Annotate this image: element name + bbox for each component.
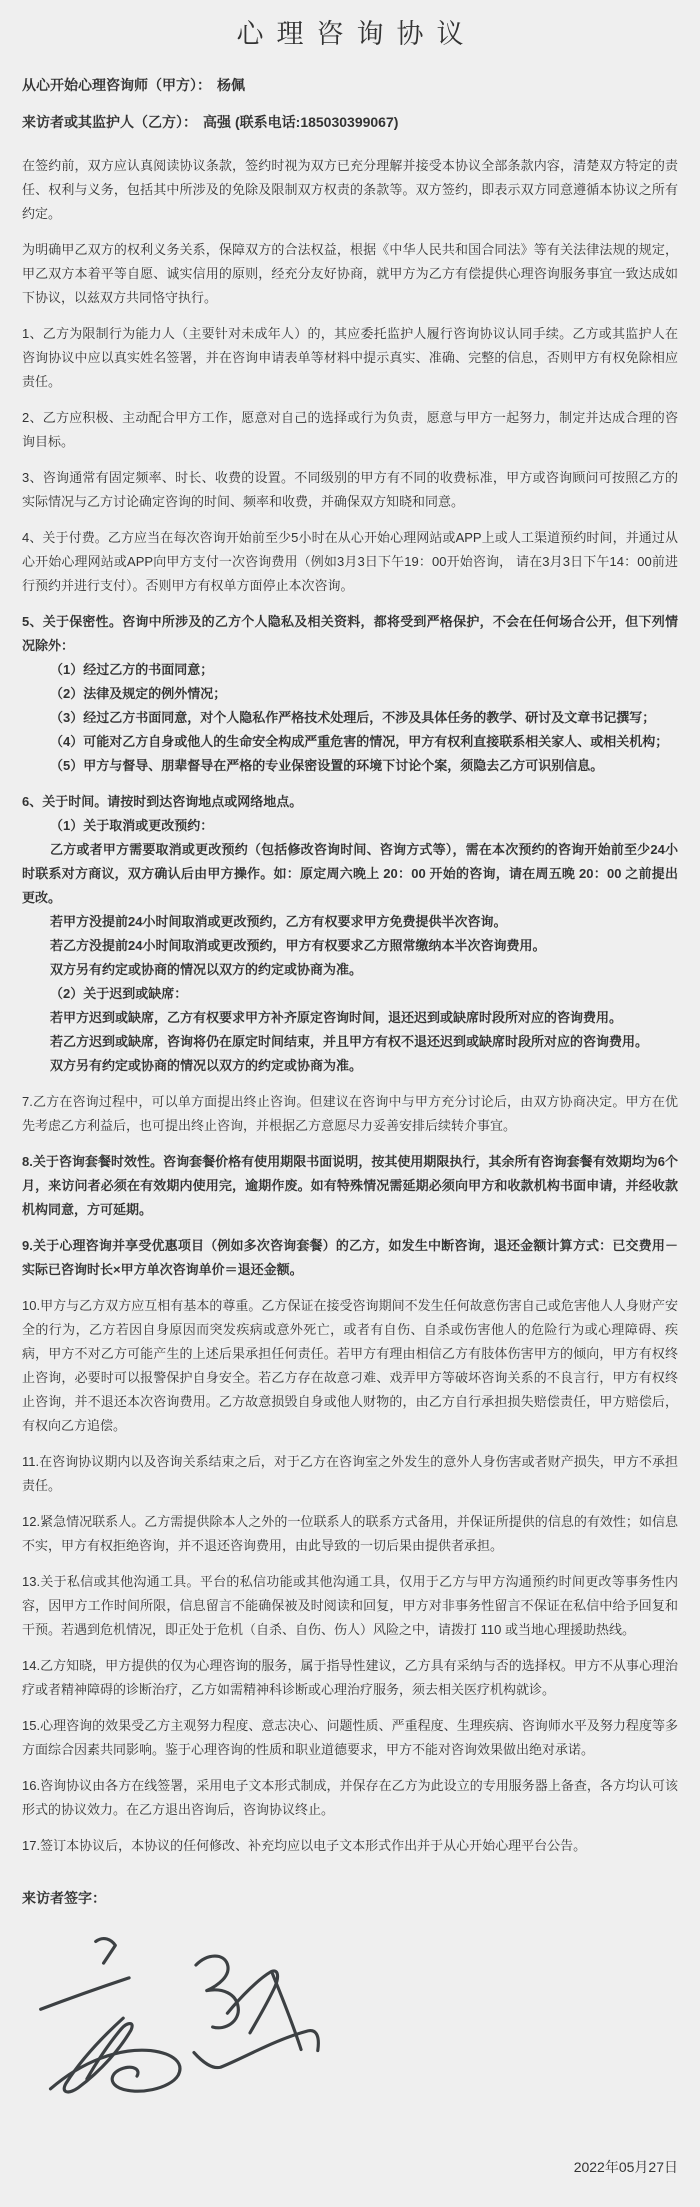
- clause-line: 4、关于付费。乙方应当在每次咨询开始前至少5小时在从心开始心理网站或APP上或人…: [22, 526, 678, 598]
- clause-block: 8.关于咨询套餐时效性。咨询套餐价格有使用期限书面说明，按其使用期限执行，其余所…: [22, 1150, 678, 1222]
- clause-line: 为明确甲乙双方的权利义务关系，保障双方的合法权益，根据《中华人民共和国合同法》等…: [22, 238, 678, 310]
- clause-line: （2）关于迟到或缺席：: [22, 982, 678, 1006]
- clause-line: 7.乙方在咨询过程中，可以单方面提出终止咨询。但建议在咨询中与甲方充分讨论后，由…: [22, 1090, 678, 1138]
- clause-line: 2、乙方应积极、主动配合甲方工作，愿意对自己的选择或行为负责，愿意与甲方一起努力…: [22, 406, 678, 454]
- signature-strokes: [41, 1939, 319, 2092]
- clause-line: 6、关于时间。请按时到达咨询地点或网络地点。: [22, 790, 678, 814]
- clause-block: 14.乙方知晓，甲方提供的仅为心理咨询的服务，属于指导性建议，乙方具有采纳与否的…: [22, 1654, 678, 1702]
- clause-block: 17.签订本协议后，本协议的任何修改、补充均应以电子文本形式作出并于从心开始心理…: [22, 1834, 678, 1858]
- clause-line: 若甲方迟到或缺席，乙方有权要求甲方补齐原定咨询时间，退还迟到或缺席时段所对应的咨…: [22, 1006, 678, 1030]
- clause-line: 13.关于私信或其他沟通工具。平台的私信功能或其他沟通工具，仅用于乙方与甲方沟通…: [22, 1570, 678, 1642]
- party-b-line: 来访者或其监护人（乙方）：高强(联系电话:185030399067): [22, 112, 678, 132]
- clause-block: 15.心理咨询的效果受乙方主观努力程度、意志决心、问题性质、严重程度、生理疾病、…: [22, 1714, 678, 1762]
- clause-line: 3、咨询通常有固定频率、时长、收费的设置。不同级别的甲方有不同的收费标准，甲方或…: [22, 466, 678, 514]
- clause-line: 若甲方没提前24小时间取消或更改预约，乙方有权要求甲方免费提供半次咨询。: [22, 910, 678, 934]
- clause-line: 双方另有约定或协商的情况以双方的约定或协商为准。: [22, 958, 678, 982]
- clause-line: （1）经过乙方的书面同意；: [22, 658, 678, 682]
- clause-block: 10.甲方与乙方双方应互相有基本的尊重。乙方保证在接受咨询期间不发生任何故意伤害…: [22, 1294, 678, 1438]
- clause-block: 5、关于保密性。咨询中所涉及的乙方个人隐私及相关资料，都将受到严格保护，不会在任…: [22, 610, 678, 778]
- agreement-page: 心理咨询协议 从心开始心理咨询师（甲方）：杨佩 来访者或其监护人（乙方）：高强(…: [0, 0, 700, 2207]
- clause-block: 11.在咨询协议期内以及咨询关系结束之后，对于乙方在咨询室之外发生的意外人身伤害…: [22, 1450, 678, 1498]
- clause-block: 4、关于付费。乙方应当在每次咨询开始前至少5小时在从心开始心理网站或APP上或人…: [22, 526, 678, 598]
- handwritten-signature: [22, 1912, 362, 2138]
- clause-line: （5）甲方与督导、朋辈督导在严格的专业保密设置的环境下讨论个案，须隐去乙方可识别…: [22, 754, 678, 778]
- clause-block: 13.关于私信或其他沟通工具。平台的私信功能或其他沟通工具，仅用于乙方与甲方沟通…: [22, 1570, 678, 1642]
- clause-block: 3、咨询通常有固定频率、时长、收费的设置。不同级别的甲方有不同的收费标准，甲方或…: [22, 466, 678, 514]
- clause-block: 6、关于时间。请按时到达咨询地点或网络地点。（1）关于取消或更改预约：乙方或者甲…: [22, 790, 678, 1078]
- clause-line: （2）法律及规定的例外情况；: [22, 682, 678, 706]
- clause-line: （3）经过乙方书面同意，对个人隐私作严格技术处理后，不涉及具体任务的教学、研讨及…: [22, 706, 678, 730]
- party-b-label: 来访者或其监护人（乙方）：: [22, 114, 197, 130]
- clause-line: 若乙方迟到或缺席，咨询将仍在原定时间结束，并且甲方有权不退还迟到或缺席时段所对应…: [22, 1030, 678, 1054]
- party-a-name: 杨佩: [217, 77, 245, 93]
- clause-block: 为明确甲乙双方的权利义务关系，保障双方的合法权益，根据《中华人民共和国合同法》等…: [22, 238, 678, 310]
- clause-block: 1、乙方为限制行为能力人（主要针对未成年人）的，其应委托监护人履行咨询协议认同手…: [22, 322, 678, 394]
- clause-block: 7.乙方在咨询过程中，可以单方面提出终止咨询。但建议在咨询中与甲方充分讨论后，由…: [22, 1090, 678, 1138]
- clause-line: 14.乙方知晓，甲方提供的仅为心理咨询的服务，属于指导性建议，乙方具有采纳与否的…: [22, 1654, 678, 1702]
- visitor-signature-label: 来访者签字：: [22, 1888, 678, 1908]
- clause-line: 在签约前，双方应认真阅读协议条款，签约时视为双方已充分理解并接受本协议全部条款内…: [22, 154, 678, 226]
- clause-line: 双方另有约定或协商的情况以双方的约定或协商为准。: [22, 1054, 678, 1078]
- clause-line: 11.在咨询协议期内以及咨询关系结束之后，对于乙方在咨询室之外发生的意外人身伤害…: [22, 1450, 678, 1498]
- clause-block: 在签约前，双方应认真阅读协议条款，签约时视为双方已充分理解并接受本协议全部条款内…: [22, 154, 678, 226]
- clause-line: 1、乙方为限制行为能力人（主要针对未成年人）的，其应委托监护人履行咨询协议认同手…: [22, 322, 678, 394]
- clause-line: 16.咨询协议由各方在线签署，采用电子文本形式制成，并保存在乙方为此设立的专用服…: [22, 1774, 678, 1822]
- clause-block: 12.紧急情况联系人。乙方需提供除本人之外的一位联系人的联系方式备用，并保证所提…: [22, 1510, 678, 1558]
- clause-line: （4）可能对乙方自身或他人的生命安全构成严重危害的情况，甲方有权利直接联系相关家…: [22, 730, 678, 754]
- clause-line: 5、关于保密性。咨询中所涉及的乙方个人隐私及相关资料，都将受到严格保护，不会在任…: [22, 610, 678, 658]
- clause-line: 12.紧急情况联系人。乙方需提供除本人之外的一位联系人的联系方式备用，并保证所提…: [22, 1510, 678, 1558]
- party-a-line: 从心开始心理咨询师（甲方）：杨佩: [22, 75, 678, 95]
- clause-block: 2、乙方应积极、主动配合甲方工作，愿意对自己的选择或行为负责，愿意与甲方一起努力…: [22, 406, 678, 454]
- clause-line: 10.甲方与乙方双方应互相有基本的尊重。乙方保证在接受咨询期间不发生任何故意伤害…: [22, 1294, 678, 1438]
- clause-line: 9.关于心理咨询并享受优惠项目（例如多次咨询套餐）的乙方，如发生中断咨询，退还金…: [22, 1234, 678, 1282]
- page-title: 心理咨询协议: [22, 12, 678, 51]
- clause-line: （1）关于取消或更改预约：: [22, 814, 678, 838]
- party-a-label: 从心开始心理咨询师（甲方）：: [22, 77, 211, 93]
- agreement-clauses: 在签约前，双方应认真阅读协议条款，签约时视为双方已充分理解并接受本协议全部条款内…: [22, 154, 678, 1858]
- party-b-phone: (联系电话:185030399067): [235, 114, 398, 130]
- clause-block: 16.咨询协议由各方在线签署，采用电子文本形式制成，并保存在乙方为此设立的专用服…: [22, 1774, 678, 1822]
- clause-line: 8.关于咨询套餐时效性。咨询套餐价格有使用期限书面说明，按其使用期限执行，其余所…: [22, 1150, 678, 1222]
- signing-date: 2022年05月27日: [22, 2157, 678, 2177]
- clause-line: 乙方或者甲方需要取消或更改预约（包括修改咨询时间、咨询方式等），需在本次预约的咨…: [22, 838, 678, 910]
- clause-line: 若乙方没提前24小时间取消或更改预约，甲方有权要求乙方照常缴纳本半次咨询费用。: [22, 934, 678, 958]
- clause-block: 9.关于心理咨询并享受优惠项目（例如多次咨询套餐）的乙方，如发生中断咨询，退还金…: [22, 1234, 678, 1282]
- clause-line: 15.心理咨询的效果受乙方主观努力程度、意志决心、问题性质、严重程度、生理疾病、…: [22, 1714, 678, 1762]
- clause-line: 17.签订本协议后，本协议的任何修改、补充均应以电子文本形式作出并于从心开始心理…: [22, 1834, 678, 1858]
- party-b-name: 高强: [203, 114, 231, 130]
